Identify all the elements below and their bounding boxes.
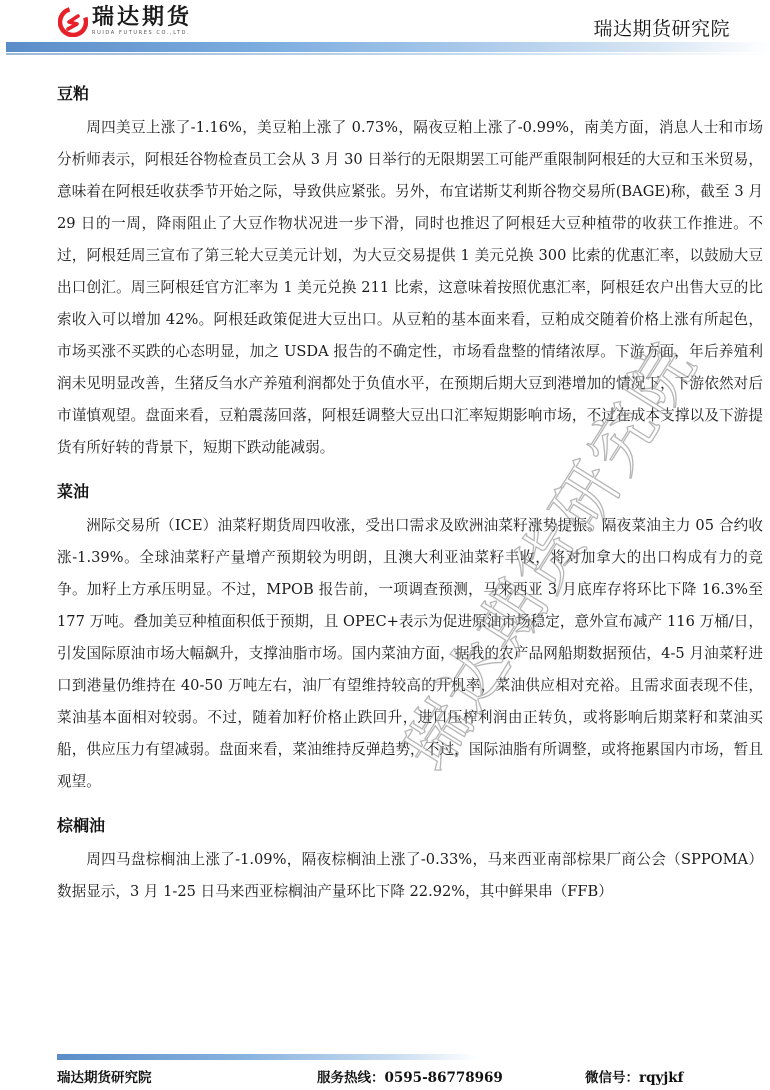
section-paragraph: 周四美豆上涨了-1.16%，美豆粕上涨了 0.73%，隔夜豆粕上涨了-0.99%… xyxy=(57,112,763,464)
footer-org-name: 瑞达期货研究院 xyxy=(57,1068,152,1088)
company-logo: 瑞达期货 RUIDA FUTURES CO.,LTD. xyxy=(58,6,192,37)
section-paragraph: 周四马盘棕榈油上涨了-1.09%，隔夜棕榈油上涨了-0.33%，马来西亚南部棕果… xyxy=(57,844,763,908)
page-header: 瑞达期货 RUIDA FUTURES CO.,LTD. 瑞达期货研究院 xyxy=(0,0,770,60)
header-title: 瑞达期货研究院 xyxy=(593,18,730,40)
logo-chinese-name: 瑞达期货 xyxy=(92,6,192,30)
section-title: 豆粕 xyxy=(57,80,763,108)
footer-gradient-bar xyxy=(57,1054,477,1060)
section-paragraph: 洲际交易所（ICE）油菜籽期货周四收涨，受出口需求及欧洲油菜籽涨势提振。隔夜菜油… xyxy=(57,510,763,798)
header-gradient-bar xyxy=(6,42,770,52)
section-title: 棕榈油 xyxy=(57,812,763,840)
ruida-logo-icon xyxy=(58,7,88,37)
header-divider xyxy=(6,53,770,55)
page-footer: 瑞达期货研究院 服务热线：0595-86778969 微信号：rqyjkf xyxy=(57,1068,747,1088)
section-soymeal: 豆粕 周四美豆上涨了-1.16%，美豆粕上涨了 0.73%，隔夜豆粕上涨了-0.… xyxy=(57,80,763,464)
logo-english-name: RUIDA FUTURES CO.,LTD. xyxy=(92,30,192,37)
section-rapeseed-oil: 菜油 洲际交易所（ICE）油菜籽期货周四收涨，受出口需求及欧洲油菜籽涨势提振。隔… xyxy=(57,478,763,798)
report-body: 豆粕 周四美豆上涨了-1.16%，美豆粕上涨了 0.73%，隔夜豆粕上涨了-0.… xyxy=(57,80,763,920)
footer-wechat: 微信号：rqyjkf xyxy=(585,1068,683,1088)
section-palm-oil: 棕榈油 周四马盘棕榈油上涨了-1.09%，隔夜棕榈油上涨了-0.33%，马来西亚… xyxy=(57,812,763,908)
footer-hotline: 服务热线：0595-86778969 xyxy=(317,1068,503,1088)
section-title: 菜油 xyxy=(57,478,763,506)
